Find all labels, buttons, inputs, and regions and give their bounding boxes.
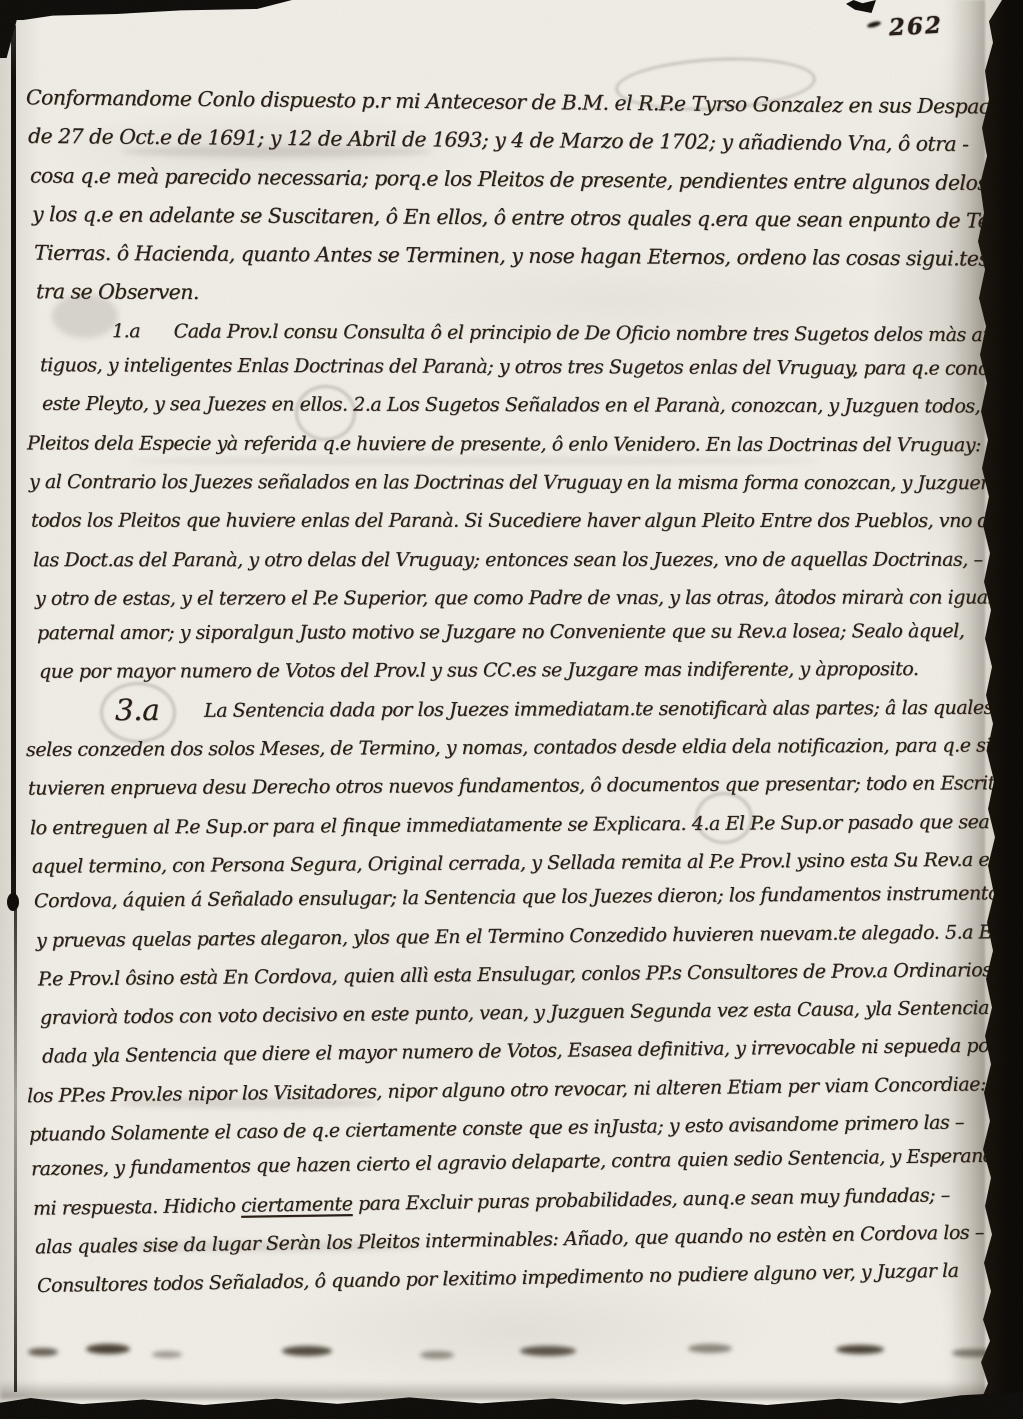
manuscript-text-block: Conformandome Conlo dispuesto p.r mi Ant… (34, 80, 1009, 1306)
ink-bleed-spot (688, 1344, 732, 1353)
manuscript-line: Pleitos dela Especie yà referida q.e huv… (27, 424, 1002, 464)
ink-bleed-spot (282, 1346, 332, 1356)
ink-bleed-spot (28, 1348, 58, 1356)
binding-fold-line (11, 24, 16, 906)
manuscript-line: tra se Observen. (36, 273, 1011, 317)
folio-number: 262 (888, 12, 943, 42)
ink-bleed-spot (520, 1346, 576, 1356)
manuscript-line: paternal amor; y siporalgun Justo motivo… (37, 612, 1012, 653)
manuscript-line: y al Contrario los Juezes señalados en l… (29, 463, 1004, 502)
manuscript-line: tiguos, y inteligentes Enlas Doctrinas d… (40, 346, 1015, 388)
manuscript-line: todos los Pleitos que huviere enlas del … (31, 502, 1006, 541)
manuscript-line: 3.a La Sentencia dada por los Juezes imm… (41, 688, 1016, 730)
manuscript-line: este Pleyto, y sea Juezes en ellos. 2.a … (42, 385, 1017, 426)
manuscript-line: las Doct.as del Paranà, y otro delas del… (33, 540, 1008, 579)
ink-bleed-spot (86, 1344, 130, 1354)
manuscript-line: que por mayor numero de Votos del Prov.l… (39, 650, 1014, 691)
binding-ink-blob (7, 893, 19, 911)
manuscript-line: y los q.e en adelante se Suscitaren, ô E… (32, 195, 1007, 240)
manuscript-line: Tierras. ô Hacienda, quanto Antes se Ter… (34, 234, 1009, 278)
manuscript-line: seles conzeden dos solos Meses, de Termi… (26, 726, 1001, 769)
manuscript-line: lo entreguen al P.e Sup.or para el finqu… (30, 803, 1005, 848)
ink-bleed-spot (152, 1351, 182, 1358)
manuscript-line: tuvieren enprueva desu Derecho otros nue… (28, 764, 1003, 808)
manuscript-page-scan: 262 Conformandome Conlo dispuesto p.r mi… (0, 0, 1023, 1419)
ink-bleed-spot (836, 1345, 884, 1354)
page-edge-bottom-shadow (0, 1381, 1023, 1399)
binding-fold-line-lower (14, 906, 17, 1392)
ink-bleed-spot (420, 1351, 454, 1359)
